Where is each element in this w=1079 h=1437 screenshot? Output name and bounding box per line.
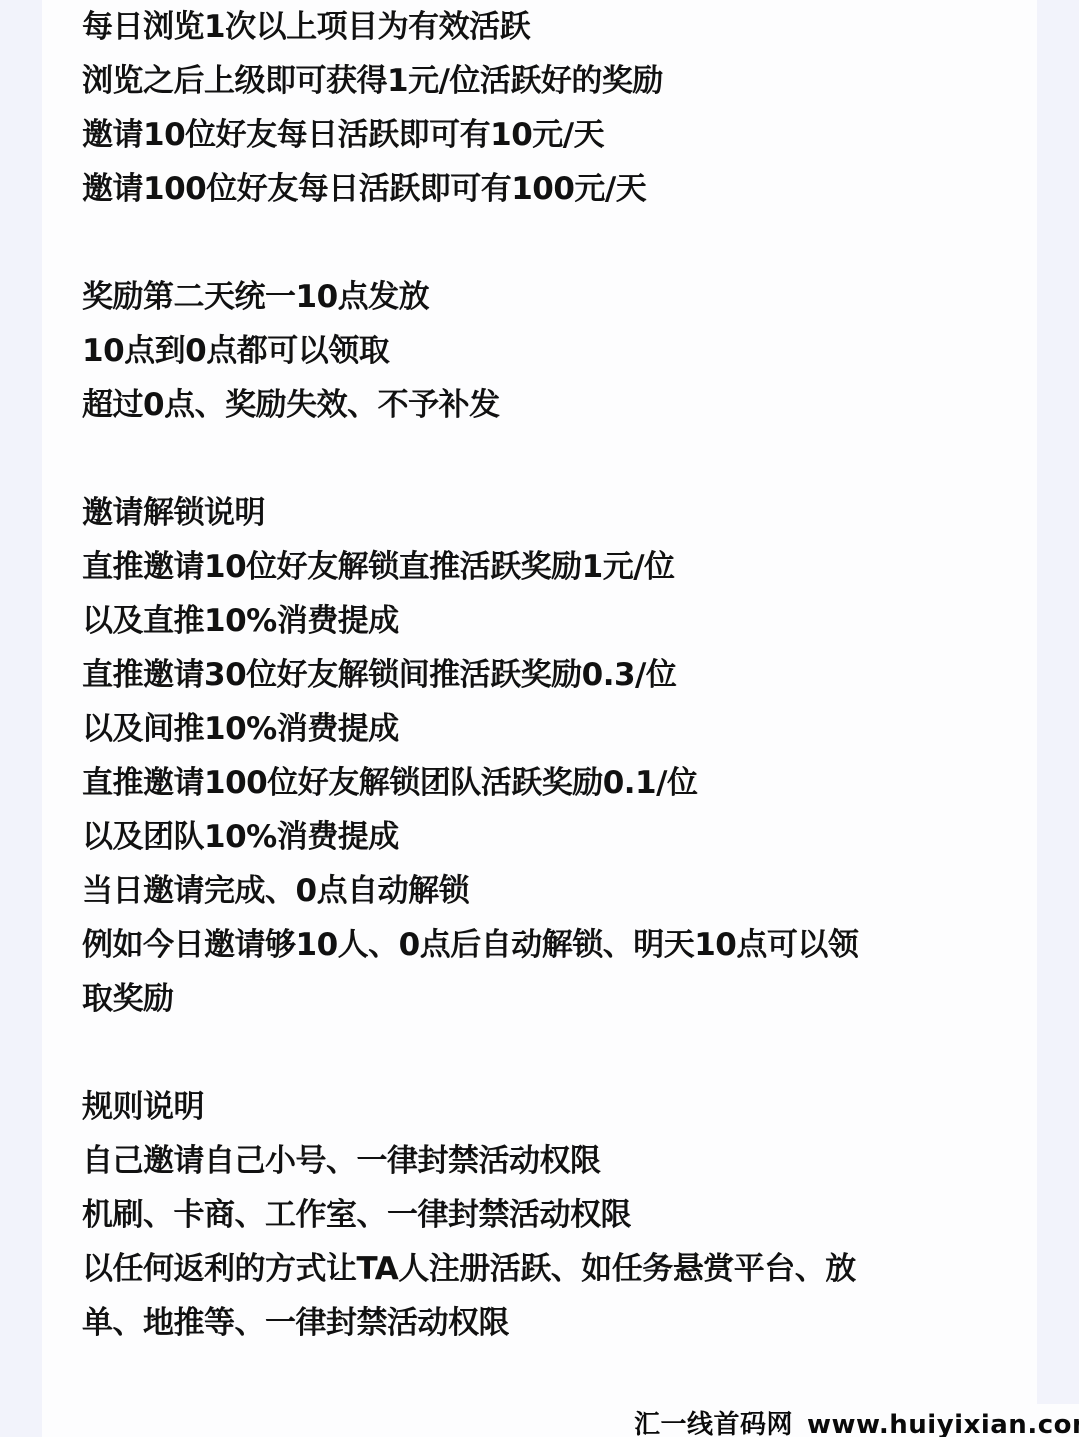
text-line: 直推邀请30位好友解锁间推活跃奖励0.3/位 (82, 648, 1022, 702)
text-line: 当日邀请完成、0点自动解锁 (82, 864, 1022, 918)
text-line: 每日浏览1次以上项目为有效活跃 (82, 0, 1022, 54)
watermark-url: www.huiyixian.com (807, 1410, 1079, 1437)
spacer (82, 216, 1022, 270)
watermark: 汇一线首码网www.huiyixian.com (634, 1404, 1079, 1437)
spacer (82, 432, 1022, 486)
text-line: 单、地推等、一律封禁活动权限 (82, 1296, 1022, 1350)
text-line: 例如今日邀请够10人、0点后自动解锁、明天10点可以领 (82, 918, 1022, 972)
text-line: 邀请10位好友每日活跃即可有10元/天 (82, 108, 1022, 162)
text-line: 以及间推10%消费提成 (82, 702, 1022, 756)
text-line: 自己邀请自己小号、一律封禁活动权限 (82, 1134, 1022, 1188)
text-line: 直推邀请100位好友解锁团队活跃奖励0.1/位 (82, 756, 1022, 810)
section-heading: 邀请解锁说明 (82, 486, 1022, 540)
text-line: 取奖励 (82, 972, 1022, 1026)
text-line: 浏览之后上级即可获得1元/位活跃好的奖励 (82, 54, 1022, 108)
text-line: 以及团队10%消费提成 (82, 810, 1022, 864)
section-reward-timing: 奖励第二天统一10点发放 10点到0点都可以领取 超过0点、奖励失效、不予补发 (82, 270, 1022, 432)
document-content: 每日浏览1次以上项目为有效活跃 浏览之后上级即可获得1元/位活跃好的奖励 邀请1… (82, 0, 1022, 1350)
section-invite-unlock: 邀请解锁说明 直推邀请10位好友解锁直推活跃奖励1元/位 以及直推10%消费提成… (82, 486, 1022, 1026)
text-line: 邀请100位好友每日活跃即可有100元/天 (82, 162, 1022, 216)
text-line: 超过0点、奖励失效、不予补发 (82, 378, 1022, 432)
text-line: 奖励第二天统一10点发放 (82, 270, 1022, 324)
text-line: 直推邀请10位好友解锁直推活跃奖励1元/位 (82, 540, 1022, 594)
section-activity-rewards: 每日浏览1次以上项目为有效活跃 浏览之后上级即可获得1元/位活跃好的奖励 邀请1… (82, 0, 1022, 216)
spacer (82, 1026, 1022, 1080)
text-line: 以及直推10%消费提成 (82, 594, 1022, 648)
section-heading: 规则说明 (82, 1080, 1022, 1134)
text-line: 机刷、卡商、工作室、一律封禁活动权限 (82, 1188, 1022, 1242)
text-line: 以任何返利的方式让TA人注册活跃、如任务悬赏平台、放 (82, 1242, 1022, 1296)
section-rules: 规则说明 自己邀请自己小号、一律封禁活动权限 机刷、卡商、工作室、一律封禁活动权… (82, 1080, 1022, 1350)
text-line: 10点到0点都可以领取 (82, 324, 1022, 378)
watermark-site-name: 汇一线首码网 (634, 1410, 793, 1437)
